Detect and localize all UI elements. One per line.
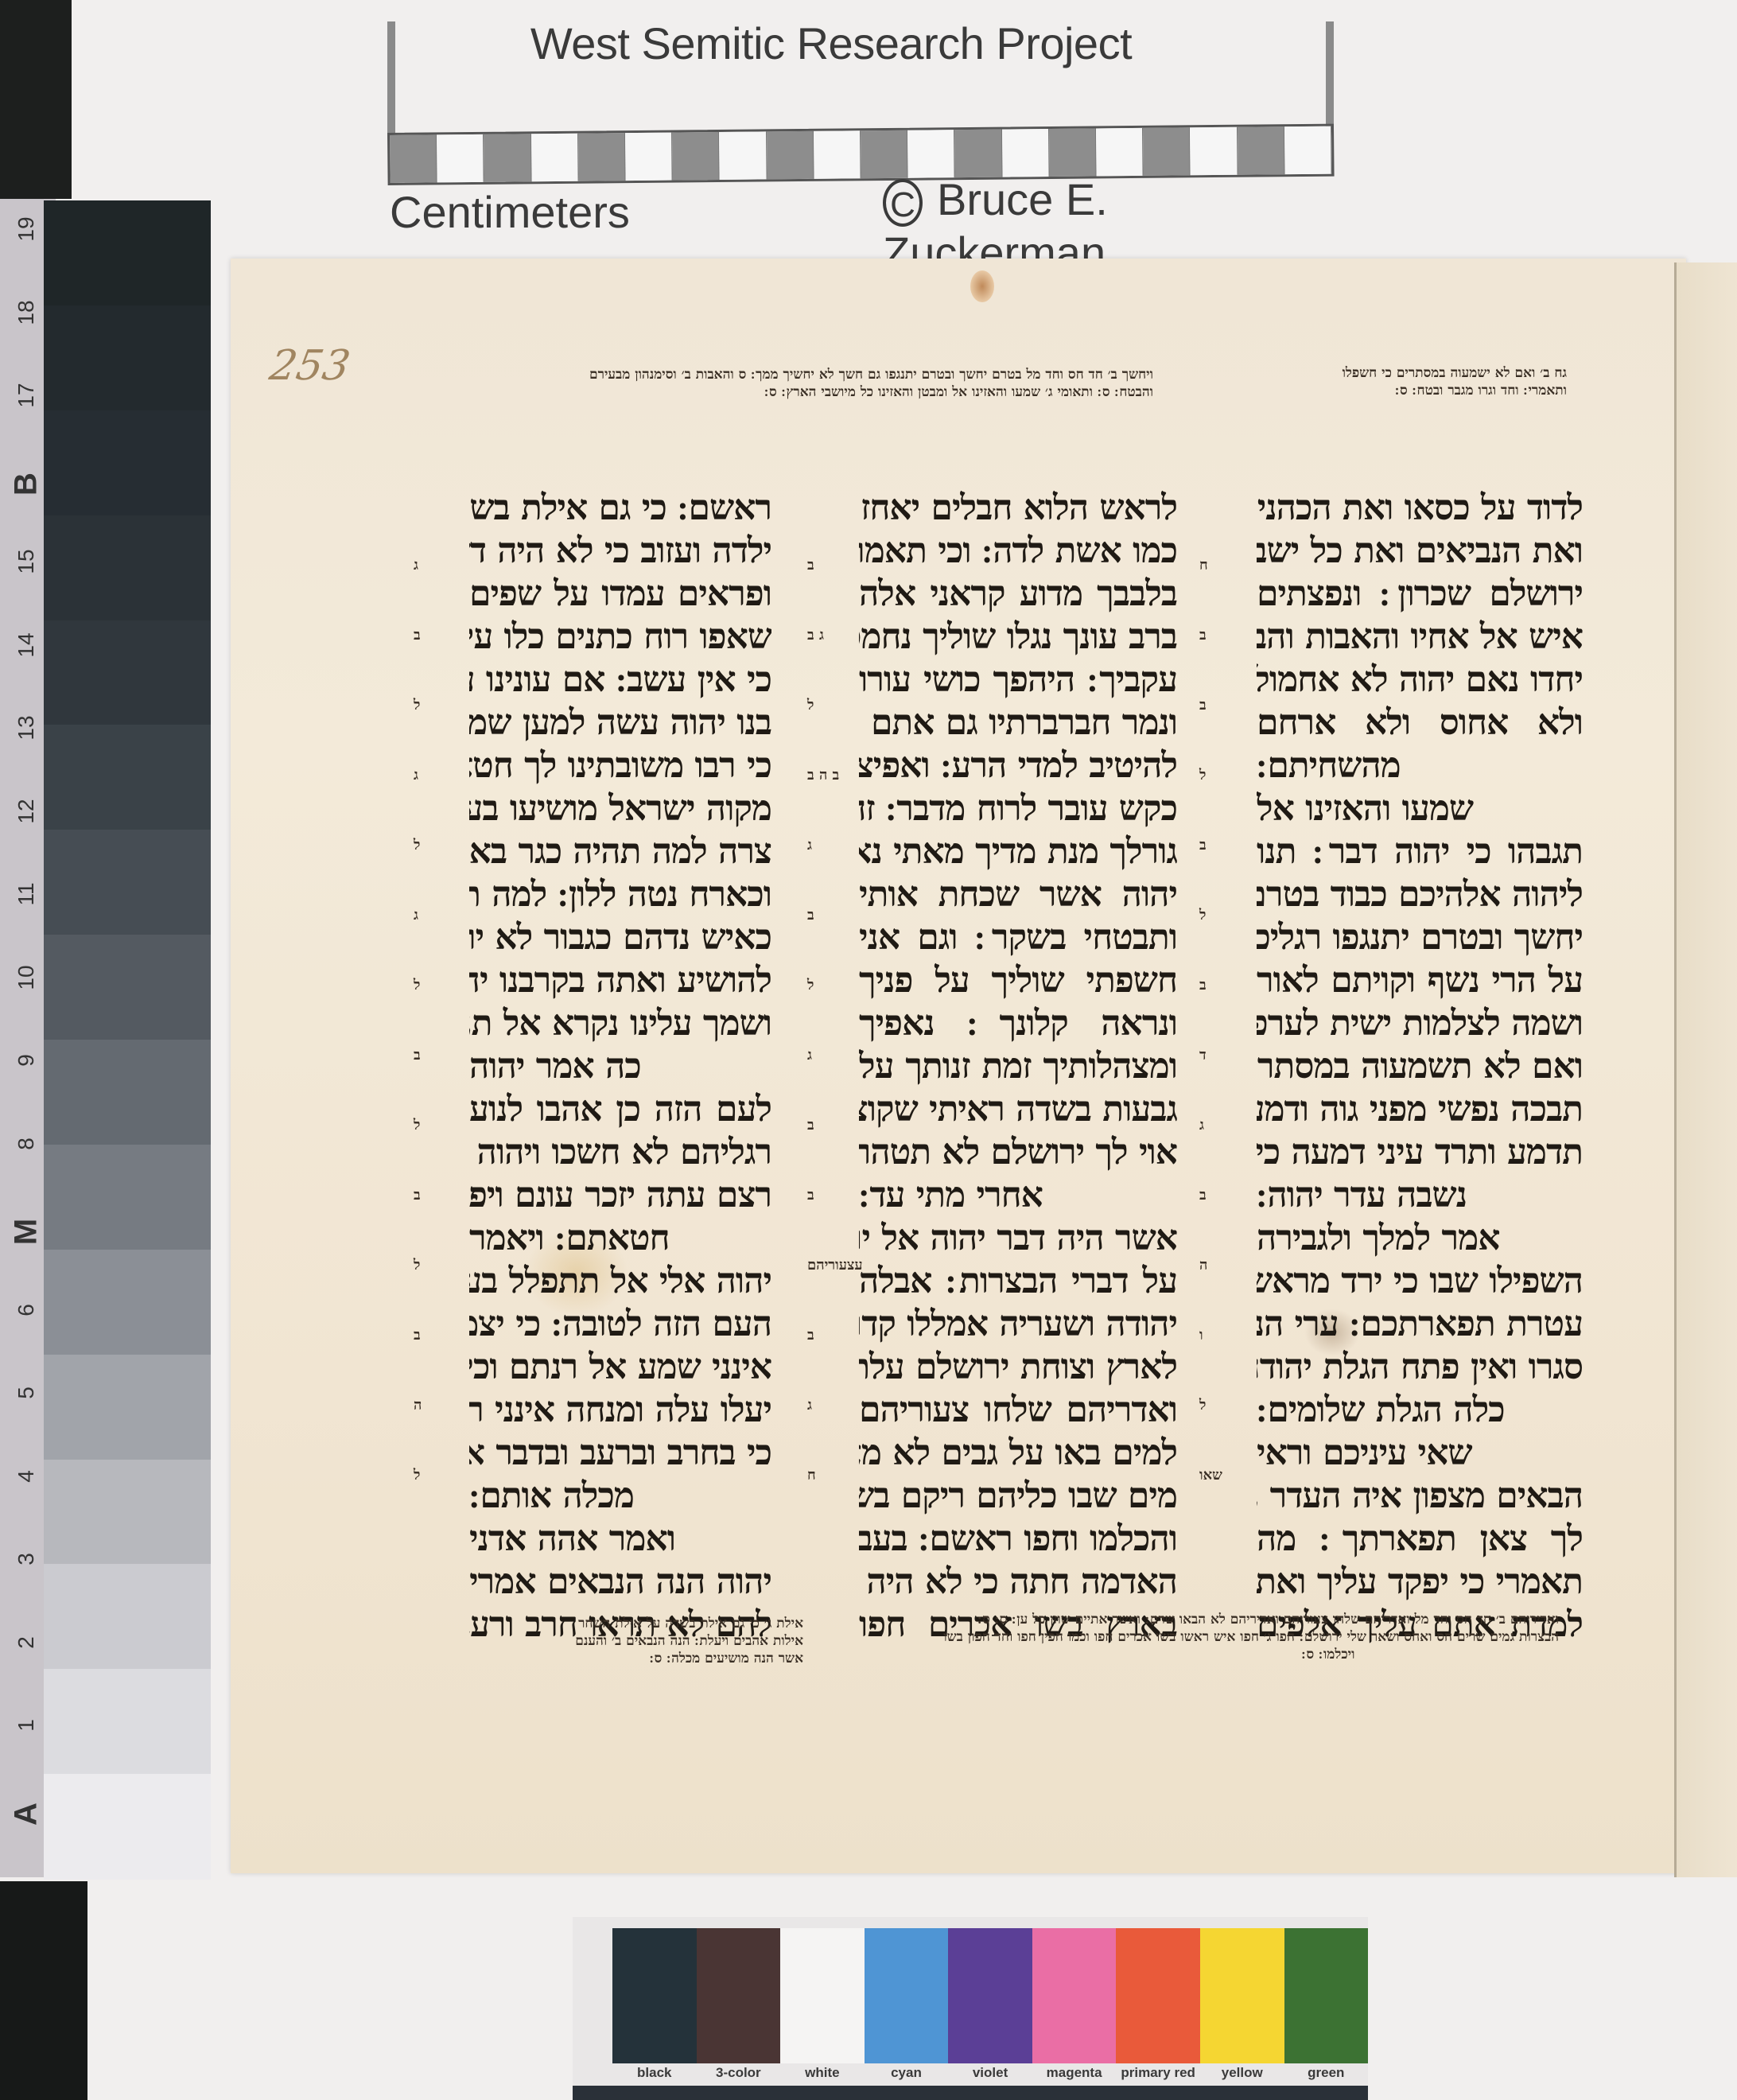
gray-patch: [44, 1040, 211, 1145]
gray-patch: [44, 725, 211, 830]
margin-note: ב: [414, 1047, 421, 1064]
text-line: ולא אחוס ולא ארחם: [1257, 702, 1583, 745]
text-line: ומצהלותיך זמת זנותך על: [859, 1045, 1177, 1088]
text-line: עקביך ׃ היהפך כושי עורו: [859, 659, 1177, 702]
color-calibration-chart: black3-colorwhitecyanvioletmagentaprimar…: [573, 1917, 1368, 2100]
text-line: למים באו על גבים לא מצאו: [859, 1432, 1177, 1475]
scale-segment: [767, 131, 814, 180]
swatch-white: [780, 1928, 865, 2063]
ruler-tick: 14: [14, 625, 39, 665]
text-line: יחדו נאם יהוה לא אחמול: [1257, 659, 1583, 702]
ruler-tick: 5: [14, 1373, 39, 1413]
stain-top: [970, 270, 994, 302]
gray-patch: [44, 1250, 211, 1355]
text-line: לראש הלוא חבלים יאחזוך: [859, 487, 1177, 530]
gray-patch: [44, 410, 211, 516]
text-line: שמעו והאזינו אל: [1257, 787, 1583, 830]
margin-note: ל: [414, 697, 420, 714]
margin-note: ב: [807, 1117, 814, 1134]
margin-note: ל: [414, 837, 420, 854]
swatch-3-color: [697, 1928, 781, 2063]
margin-note: ל: [1199, 767, 1206, 784]
margin-note: ל: [414, 1467, 420, 1484]
folio-number: 253: [266, 342, 354, 390]
gray-patch: [44, 1669, 211, 1775]
margin-note: ב ה ב: [807, 767, 839, 784]
ruler-tick: 11: [14, 874, 39, 914]
ruler-tick: 17: [14, 375, 39, 415]
swatch-green: [1284, 1928, 1369, 2063]
masora-line: ואדיריהם ב׳ חד חס וחד מל ואדריהם שלחו צע…: [859, 1611, 1559, 1628]
text-line: על דברי הבצרות ׃ אבלה: [859, 1260, 1177, 1303]
text-line: ונמר חברברתיו גם אתם תוכלו: [859, 702, 1177, 745]
text-line: ואת הנביאים ואת כל ישבי: [1257, 530, 1583, 573]
text-line: אינני שמע אל רנתם וכי: [469, 1346, 771, 1389]
ruler-tick: 3: [14, 1539, 39, 1579]
black-background-top: [0, 0, 72, 199]
ruler-tick: 9: [14, 1040, 39, 1080]
margin-note: ג: [414, 907, 418, 924]
margin-note: ב: [1199, 697, 1207, 714]
text-line: לעם הזה כן אהבו לנוע: [469, 1088, 771, 1131]
text-line: יהוה הנה הנבאים אמרים: [469, 1561, 771, 1604]
text-column-right: לדוד על כסאו ואת הכהניםואת הנביאים ואת כ…: [1257, 487, 1583, 1647]
gray-patch: [44, 515, 211, 621]
margin-note: ב: [414, 1187, 421, 1204]
text-line: מים שבו כליהם ריקם בשו: [859, 1475, 1177, 1518]
margin-note: ב: [414, 1327, 421, 1344]
text-line: בנו יהוה עשה למען שמך: [469, 702, 771, 745]
gray-patch: [44, 1564, 211, 1670]
text-line: יהוה אלי אל תתפלל בעד: [469, 1260, 771, 1303]
scale-segment: [531, 134, 579, 182]
margin-note: ב: [807, 1187, 814, 1204]
scale-segment: [954, 130, 1002, 178]
margin-note: ל: [807, 977, 814, 994]
text-line: ונראה קלונך ׃ נאפיך: [859, 1002, 1177, 1045]
text-line: כי בחרב וברעב ובדבר אנכי: [469, 1432, 771, 1475]
scale-segment: [719, 131, 767, 180]
ruler-tick: 12: [14, 791, 39, 831]
text-line: חשפתי שוליך על פניך: [859, 959, 1177, 1002]
text-line: כקש עובר לרוח מדבר ׃ זה: [859, 787, 1177, 830]
text-line: סגרו ואין פתח הגלת יהודה: [1257, 1346, 1583, 1389]
masora-bottom-right: ואדיריהם ב׳ חד חס וחד מל ואדריהם שלחו צע…: [859, 1611, 1559, 1663]
text-line: חטאתם ׃ ויאמר: [469, 1217, 771, 1260]
masora-bottom-left: אילת ג׳ כי גם אילת בשדה על אילת השחר איל…: [493, 1615, 803, 1667]
text-line: שאי עיניכם וראי: [1257, 1432, 1583, 1475]
black-background-bottom: [0, 1881, 87, 2100]
margin-note: ל: [414, 1257, 420, 1274]
text-line: לדוד על כסאו ואת הכהנים: [1257, 487, 1583, 530]
masora-line: ויכלמו ׃ ס ׃: [859, 1646, 1559, 1663]
ruler-tick: 19: [14, 209, 39, 249]
gray-patch: [44, 200, 211, 306]
swatch-violet: [948, 1928, 1032, 2063]
text-line: כמו אשת לדה ׃ וכי תאמרי: [859, 530, 1177, 573]
text-line: שאפו רוח כתנים כלו עיניהם: [469, 616, 771, 659]
masora-line: גח ב׳ ואם לא ישמעוה במסתרים כי חשפלו: [1273, 364, 1567, 382]
ruler-tick: 13: [14, 708, 39, 748]
masora-top-right: גח ב׳ ואם לא ישמעוה במסתרים כי חשפלו ותא…: [1273, 364, 1567, 399]
margin-note: ב: [807, 557, 814, 574]
gray-patch: [44, 1355, 211, 1460]
scale-segment: [1096, 128, 1144, 177]
text-column-middle: לראש הלוא חבלים יאחזוךכמו אשת לדה ׃ וכי …: [859, 487, 1177, 1647]
margin-note: ב: [1199, 977, 1207, 994]
scale-segment: [484, 134, 531, 182]
text-line: כה אמר יהוה: [469, 1045, 771, 1088]
text-line: יעלו עלה ומנחה אינני רצם: [469, 1389, 771, 1432]
swatch-cyan: [865, 1928, 949, 2063]
swatch-yellow: [1200, 1928, 1284, 2063]
ruler-tick: A: [9, 1794, 45, 1834]
text-line: רגליהם לא חשכו ויהוה לא: [469, 1131, 771, 1174]
text-line: צרה למה תהיה כגר בארץ: [469, 830, 771, 873]
scale-segment: [907, 130, 955, 178]
masora-line: אשר הנה מושיעים מכלה ׃ ס ׃: [493, 1650, 803, 1667]
text-line: להיטיב למדי הרע ׃ ואפיצם: [859, 745, 1177, 787]
text-line: הבאים מצפון איה העדר נתן: [1257, 1475, 1583, 1518]
ruler-tick: 6: [14, 1290, 39, 1330]
scale-bar: West Semitic Research Project Centimeter…: [386, 17, 1340, 224]
copyright-icon: C: [883, 179, 923, 227]
masora-top-left: ויחשך ב׳ חד חס וחד מל בטרם יחשך ובטרם ית…: [469, 366, 1153, 401]
margin-note: ל: [1199, 907, 1206, 924]
text-line: אמר למלך ולגבירה: [1257, 1217, 1583, 1260]
scale-segment: [437, 134, 484, 183]
scale-segment: [390, 134, 437, 183]
gray-patch: [44, 1460, 211, 1565]
text-line: השפילו שבו כי ירד מראשותיכם: [1257, 1260, 1583, 1303]
gray-patch: [44, 305, 211, 411]
text-line: ופראים עמדו על שפים: [469, 573, 771, 616]
text-line: תדמע ותרד עיני דמעה כי: [1257, 1131, 1583, 1174]
ruler-tick: M: [9, 1212, 45, 1252]
text-line: רצם עתה יזכר עונם ויפקד: [469, 1174, 771, 1217]
margin-note: ג: [414, 557, 418, 574]
text-line: ירושלם שכרון ׃ ונפצתים: [1257, 573, 1583, 616]
gray-patch: [44, 830, 211, 935]
text-line: בלבבך מדוע קראני אלה: [859, 573, 1177, 616]
margin-note: ג: [807, 1397, 812, 1414]
scale-segment: [625, 133, 673, 181]
margin-note: ל: [1199, 1397, 1206, 1414]
text-line: אשר היה דבר יהוה אל ירמיהו: [859, 1217, 1177, 1260]
scale-segment: [1049, 128, 1097, 177]
margin-note: עצעוריהם: [807, 1257, 863, 1274]
text-line: להושיע ואתה בקרבנו יהוה: [469, 959, 771, 1002]
text-line: גבעות בשדה ראיתי שקוציך: [859, 1088, 1177, 1131]
text-line: והכלמו וחפו ראשם ׃ בעבור: [859, 1518, 1177, 1561]
scale-segment: [814, 130, 861, 179]
text-line: וכארח נטה ללון ׃ למה תהיה: [469, 873, 771, 916]
margin-note: ל: [414, 977, 420, 994]
text-line: על הרי נשף וקויתם לאור: [1257, 959, 1583, 1002]
margin-note: ב: [807, 1327, 814, 1344]
text-line: תבכה נפשי מפני גוה ודמע: [1257, 1088, 1583, 1131]
text-line: ואם לא תשמעוה במסתרים: [1257, 1045, 1583, 1088]
text-line: כאיש נדהם כגבור לא יוכל: [469, 916, 771, 959]
margin-note: ג: [1199, 1117, 1204, 1134]
margin-note: שאו: [1199, 1467, 1222, 1484]
text-line: ותבטחי בשקר ׃ וגם אני: [859, 916, 1177, 959]
text-line: ושמה לצלמות ישית לערפל ׃: [1257, 1002, 1583, 1045]
text-line: ילדה ועזוב כי לא היה דשא: [469, 530, 771, 573]
text-line: יחשך ובטרם יתנגפו רגליכם: [1257, 916, 1583, 959]
gray-patch: [44, 1774, 211, 1880]
swatch-primary-red: [1116, 1928, 1200, 2063]
text-line: כלה הגלת שלומים ׃: [1257, 1389, 1583, 1432]
text-line: מהשחיתם ׃: [1257, 745, 1583, 787]
scale-segment: [1002, 129, 1050, 177]
margin-note: ג: [807, 837, 812, 854]
text-line: נשבה עדר יהוה ׃: [1257, 1174, 1583, 1217]
text-line: יהודה ושעריה אמללו קדרו: [859, 1303, 1177, 1346]
masora-line: אילות אהבים ויעלת ׃ הנה הנבאים ב׳ והענם: [493, 1632, 803, 1650]
margin-note: ב: [1199, 627, 1207, 644]
text-line: לארץ וצוחת ירושלם עלתה ׃: [859, 1346, 1177, 1389]
text-line: אחרי מתי עד ׃: [859, 1174, 1177, 1217]
scale-segment: [578, 133, 626, 181]
margin-note: ה: [414, 1397, 422, 1414]
scale-segment: [1190, 127, 1238, 176]
ruler-tick: 1: [14, 1705, 39, 1745]
ruler-tick: 4: [14, 1456, 39, 1496]
scale-title: West Semitic Research Project: [354, 17, 1308, 69]
scale-segment: [672, 132, 720, 181]
gray-patch: [44, 935, 211, 1040]
color-swatches: [612, 1928, 1368, 2063]
ruler-tick: 2: [14, 1623, 39, 1662]
margin-note: ג: [414, 767, 418, 784]
gray-patch: [44, 1145, 211, 1250]
masora-line: אילת ג׳ כי גם אילת בשדה על אילת השחר: [493, 1615, 803, 1632]
margin-note: ח: [1199, 557, 1208, 574]
swatch-magenta: [1032, 1928, 1117, 2063]
margin-note: ה: [1199, 1257, 1207, 1274]
margin-note: ו: [1199, 1327, 1203, 1344]
text-line: מכלה אותם ׃: [469, 1475, 771, 1518]
margin-note: ל: [414, 1117, 420, 1134]
masora-line: והבטח ׃ ס ׃ ותאומי ג׳ שמעו והאזינו אל ומ…: [469, 383, 1153, 401]
margin-note: ד: [1199, 1047, 1207, 1064]
text-line: ושמך עלינו נקרא אל תנחנו ׃: [469, 1002, 771, 1045]
text-line: אוי לך ירושלם לא תטהרי: [859, 1131, 1177, 1174]
chart-base: [573, 2086, 1368, 2100]
ruler-tick: B: [9, 464, 45, 504]
scale-unit-label: Centimeters: [390, 186, 630, 238]
text-column-left: ראשם ׃ כי גם אילת בשדהילדה ועזוב כי לא ה…: [469, 487, 771, 1647]
masora-line: הבצרות גמים שרים חס ואחס ושאר שלי ירושלם…: [859, 1628, 1559, 1646]
margin-note: ב: [807, 907, 814, 924]
ruler-tick: 8: [14, 1124, 39, 1164]
gray-scale-card: [44, 200, 211, 1879]
text-line: ברב עונך נגלו שוליך נחמסו: [859, 616, 1177, 659]
text-line: תאמרי כי יפקד עליך ואת: [1257, 1561, 1583, 1604]
masora-line: ויחשך ב׳ חד חס וחד מל בטרם יחשך ובטרם ית…: [469, 366, 1153, 383]
text-line: העם הזה לטובה ׃ כי יצמו: [469, 1303, 771, 1346]
text-line: האדמה חתה כי לא היה גשם: [859, 1561, 1177, 1604]
ruler-tick: 18: [14, 293, 39, 332]
margin-note: ג: [807, 1047, 812, 1064]
margin-note: ח: [807, 1467, 816, 1484]
ruler-tick: 10: [14, 958, 39, 997]
margin-note: ג ב: [807, 627, 824, 644]
text-line: ראשם ׃ כי גם אילת בשדה: [469, 487, 771, 530]
text-line: לך צאן תפארתך ׃ מה: [1257, 1518, 1583, 1561]
scale-segment: [1284, 126, 1332, 175]
adjacent-page-edge: [1674, 262, 1737, 1877]
gray-patch: [44, 620, 211, 726]
text-line: כי רבו משובתינו לך חטאנו ׃: [469, 745, 771, 787]
text-line: גורלך מנת מדיך מאתי נאם: [859, 830, 1177, 873]
scale-segment: [1143, 127, 1191, 176]
scale-segment: [1238, 126, 1285, 175]
text-line: איש אל אחיו והאבות והבנים: [1257, 616, 1583, 659]
margin-note: ל: [807, 697, 814, 714]
text-line: מקוה ישראל מושיעו בעת: [469, 787, 771, 830]
scale-segment: [861, 130, 908, 179]
margin-note: ב: [1199, 837, 1207, 854]
text-line: ליהוה אלהיכם כבוד בטרם: [1257, 873, 1583, 916]
swatch-black: [612, 1928, 697, 2063]
margin-note: ב: [414, 627, 421, 644]
ruler-tick: 15: [14, 542, 39, 581]
text-line: תגבהו כי יהוה דבר ׃ תנו: [1257, 830, 1583, 873]
margin-note: ב: [1199, 1187, 1207, 1204]
text-line: ואדריהם שלחו צעוריהם: [859, 1389, 1177, 1432]
masora-line: ותאמרי ׃ וחד וגרו מגבר ובטח ׃ ס ׃: [1273, 382, 1567, 399]
text-line: יהוה אשר שכחת אותי: [859, 873, 1177, 916]
text-line: עטרת תפארתכם ׃ ערי הנגב: [1257, 1303, 1583, 1346]
text-line: כי אין עשב ׃ אם עונינו ענו: [469, 659, 771, 702]
text-line: ואמר אהה אדני: [469, 1518, 771, 1561]
